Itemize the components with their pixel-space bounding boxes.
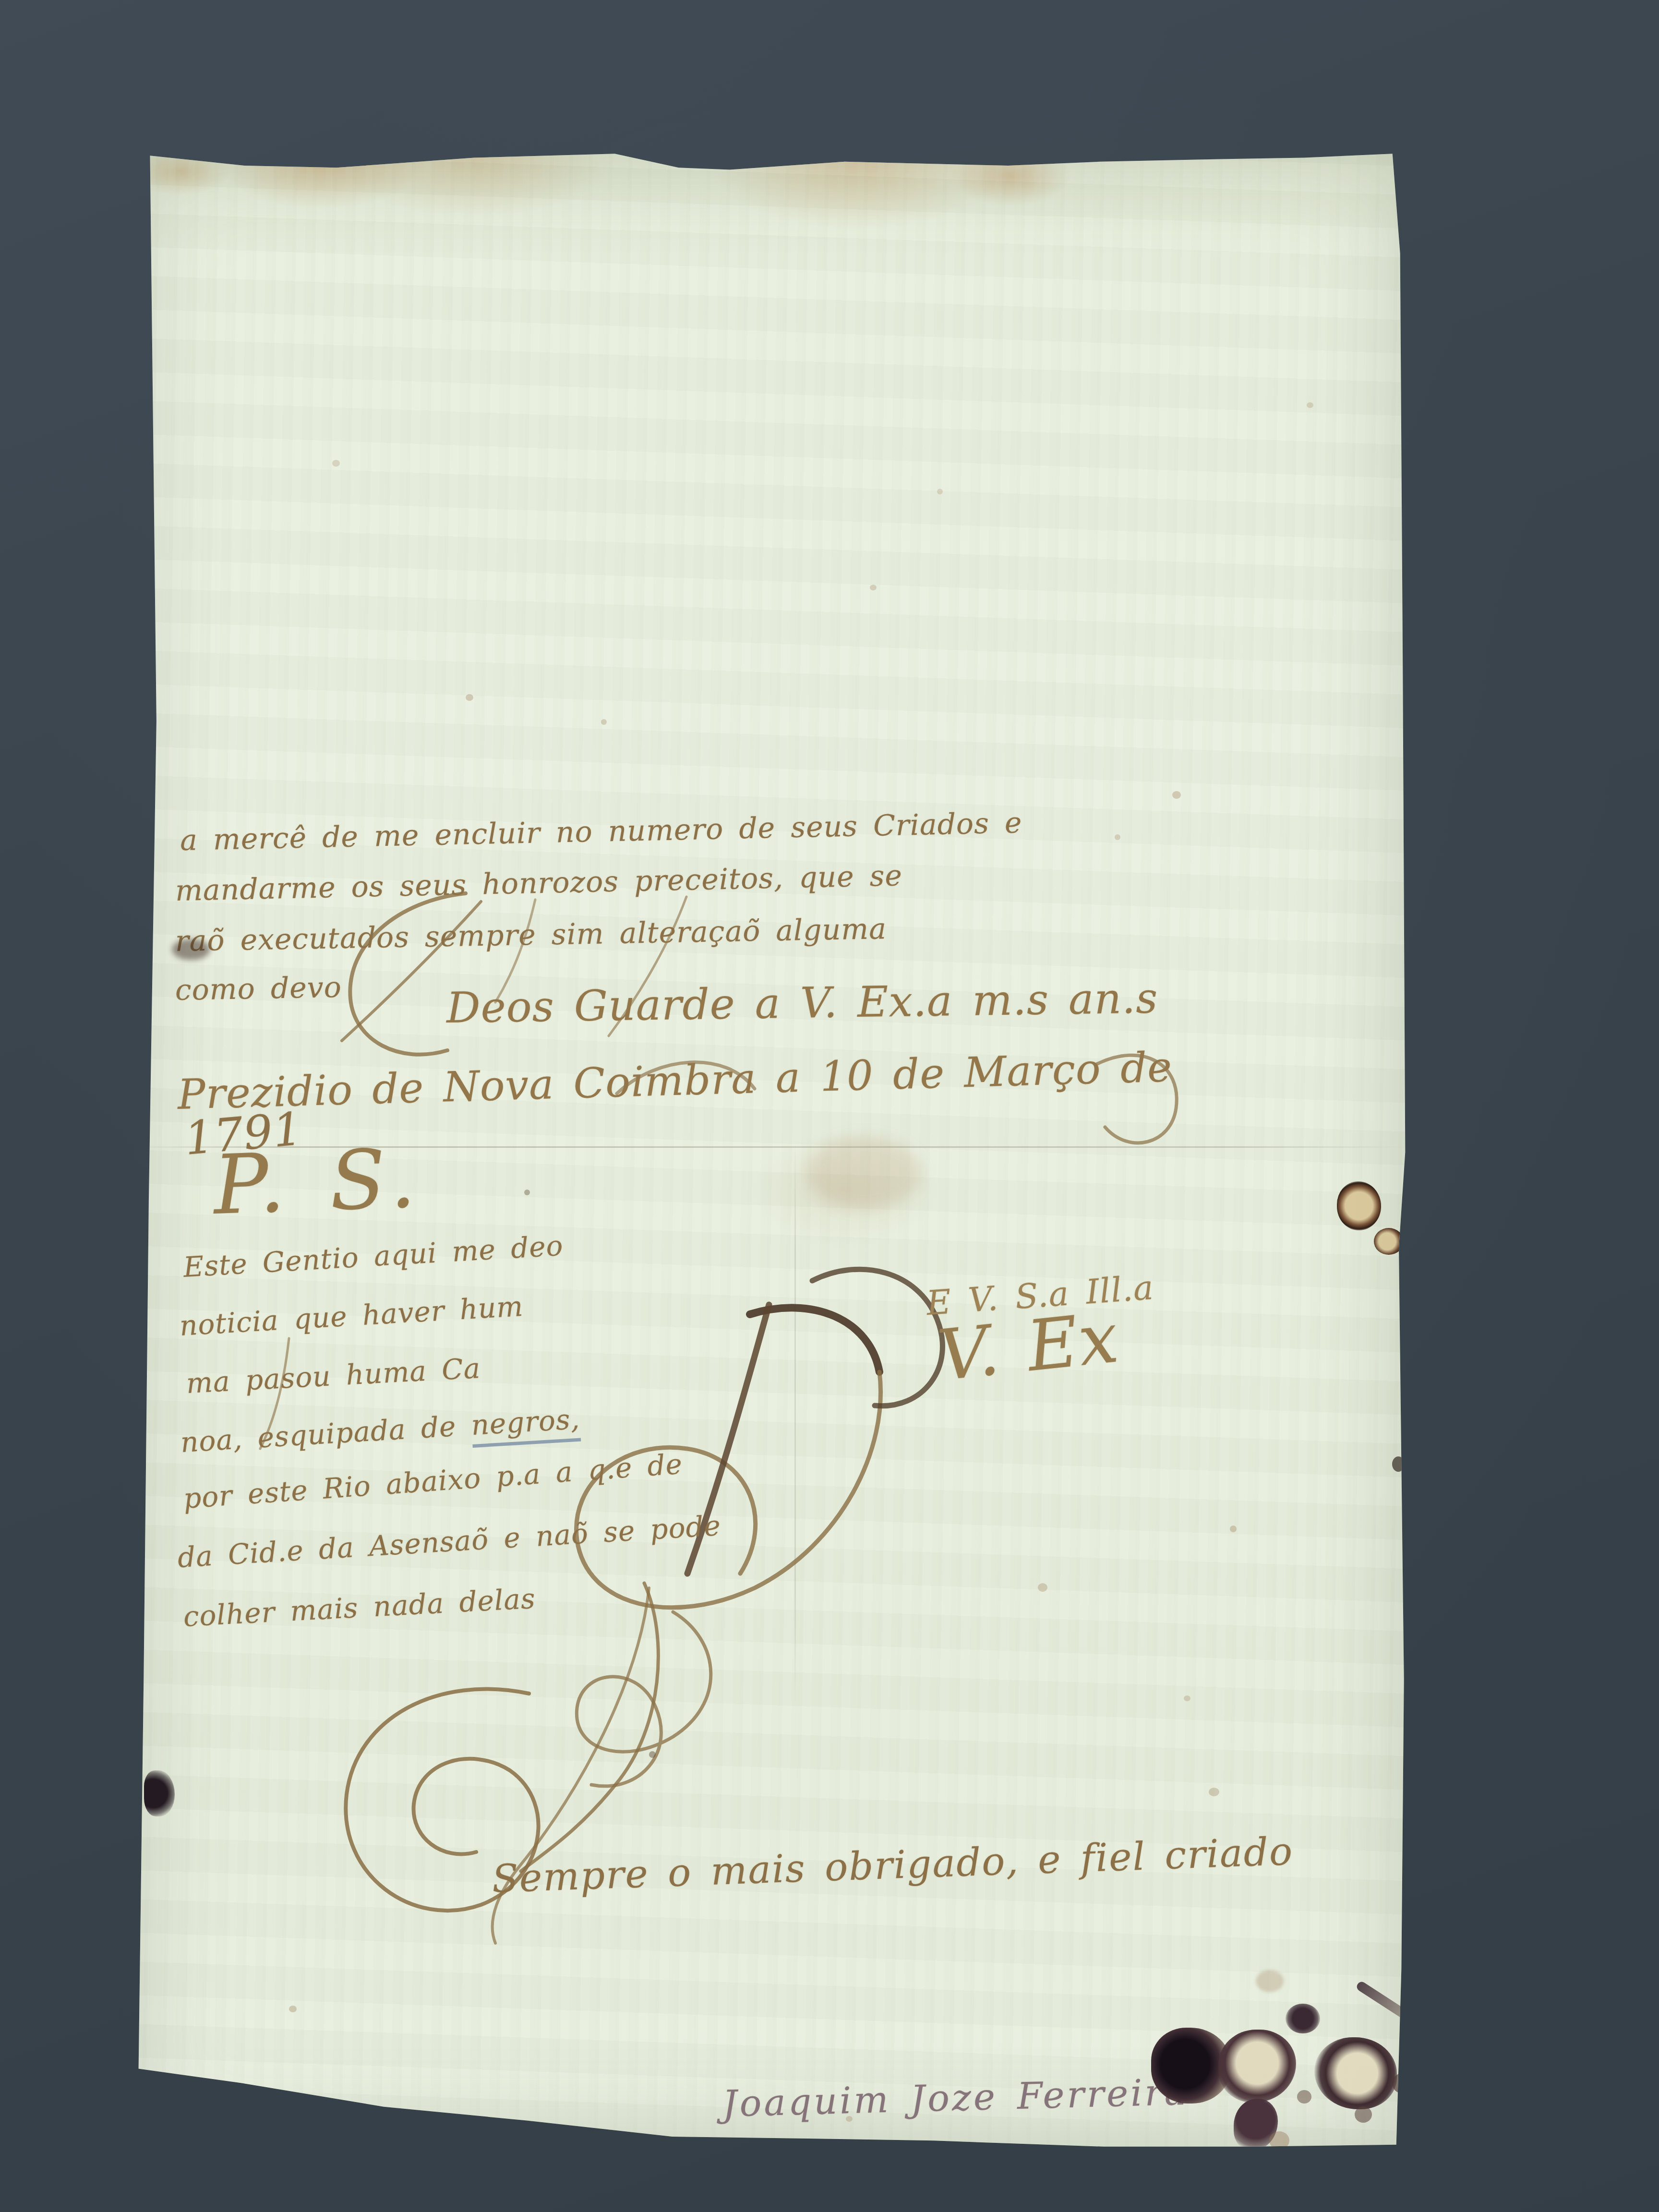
ink-splash-streak: [1355, 1980, 1412, 2021]
place-date-line: Prezidio de Nova Coimbra a 10 de Março d…: [177, 1043, 1173, 1119]
closing-line: Sempre o mais obrigado, e fiel criado: [491, 1829, 1294, 1901]
ps-line-4: noa, esquipada de negros,: [180, 1403, 581, 1459]
foxing-speck: [332, 460, 340, 467]
foxing-speck: [870, 585, 877, 590]
ps-line-5: por este Rio abaixo p.a a q.e de: [182, 1447, 684, 1515]
foxing-speck: [1172, 791, 1181, 799]
ps-line-4-prefix: noa, esquipada de: [180, 1409, 472, 1459]
letter-body-line-4: como devo: [175, 971, 342, 1007]
foxing-speck: [1038, 1583, 1047, 1592]
ps-line-4-underlined-word: negros,: [470, 1403, 581, 1448]
ps-line-3: ma pasou huma Ca: [185, 1352, 481, 1400]
ink-blot-ring-2: [1314, 2037, 1397, 2109]
foxing-speck: [1307, 402, 1313, 408]
letter-body-line-2: mandarme os seus honrozos preceitos, que…: [175, 859, 902, 908]
foxing-speck: [1115, 834, 1120, 840]
ink-dot: [1392, 2073, 1415, 2094]
foxing-speck: [524, 1190, 530, 1195]
edge-nick: [1392, 1456, 1405, 1472]
burn-hole-large: [1337, 1181, 1381, 1230]
foxing-speck: [1230, 1526, 1237, 1532]
letter-body-line-1: a mercê de me encluir no numero de seus …: [180, 806, 1022, 857]
foxing-speck: [466, 694, 473, 701]
ink-spot: [1286, 2004, 1320, 2033]
photo-background: a mercê de me encluir no numero de seus …: [0, 0, 1659, 2212]
foxing-speck: [601, 719, 607, 725]
ink-dot-faint: [1385, 2145, 1400, 2157]
ink-dot: [1403, 2020, 1423, 2039]
ink-blot-ring: [1218, 2030, 1296, 2103]
ps-line-6: da Cid.e da Asensaõ e naõ se pode: [177, 1509, 722, 1574]
valediction-line: Deos Guarde a V. Ex.a m.s an.s: [446, 973, 1158, 1033]
ink-dot: [1297, 2090, 1311, 2104]
ink-dot: [1355, 2106, 1372, 2123]
ink-dot-faint: [1269, 2131, 1289, 2150]
manuscript-page: a mercê de me encluir no numero de seus …: [130, 152, 1407, 2149]
foxing-speck: [1184, 1695, 1190, 1701]
burn-hole-small: [1374, 1228, 1404, 1255]
foxing-speck: [1209, 1788, 1219, 1796]
ps-line-7: colher mais nada delas: [182, 1582, 536, 1633]
ink-smudge: [172, 939, 210, 960]
vertical-fold-crease: [794, 1141, 796, 1707]
foxing-speck: [289, 2006, 297, 2012]
left-edge-ink-blot: [144, 1770, 175, 1816]
signature: Joaquim Joze Ferreira: [722, 2070, 1189, 2125]
ps-line-1: Este Gentio aqui me deo: [182, 1229, 564, 1284]
letter-body-line-3: raõ executados sempre sim alteraçaõ algu…: [175, 912, 887, 958]
foxing-speck: [937, 489, 943, 494]
ps-line-2: noticia que haver hum: [179, 1290, 524, 1342]
foxing-speck: [649, 1751, 656, 1758]
foxing-speck: [846, 2116, 853, 2122]
soft-stain: [806, 1137, 922, 1209]
ps-heading: P. S.: [212, 1131, 424, 1233]
ink-dot-faint: [1256, 1970, 1284, 1992]
